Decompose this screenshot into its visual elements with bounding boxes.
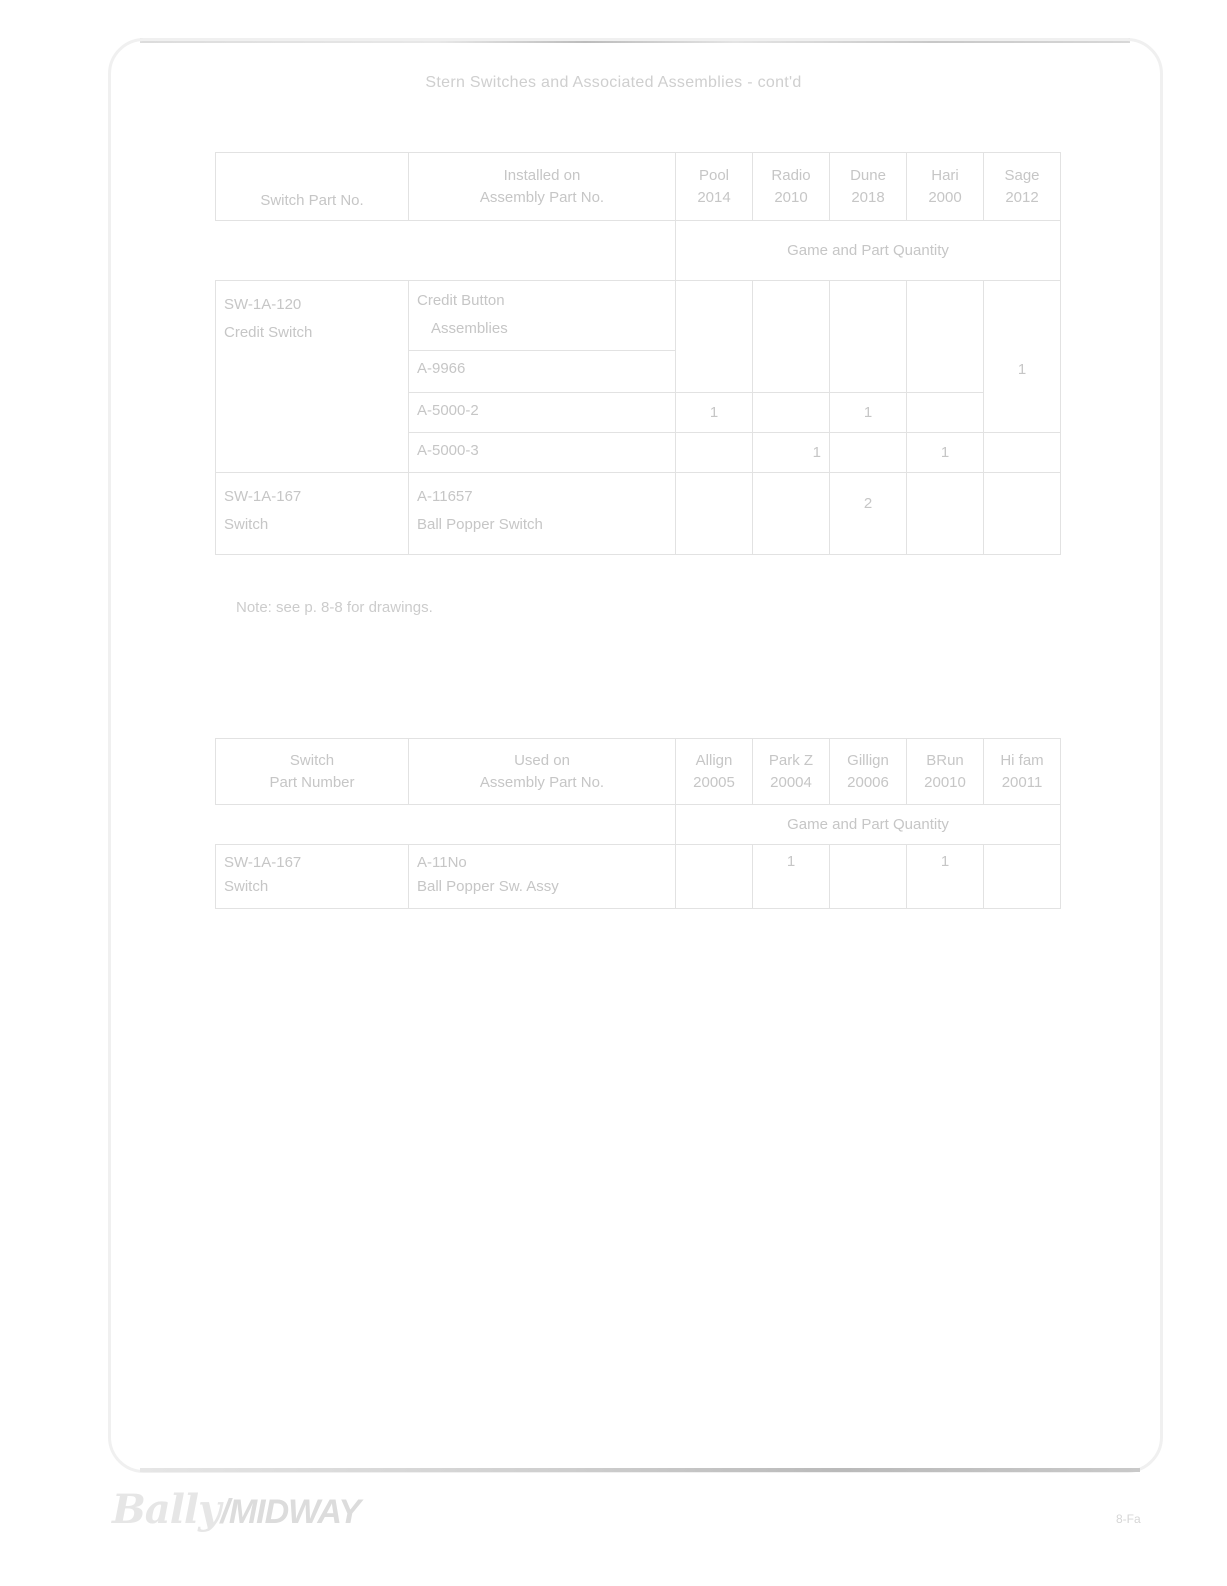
col-assembly-line1: Used on	[417, 750, 667, 772]
qty-cell	[907, 393, 984, 433]
qty-cell: 1	[907, 845, 984, 909]
assembly-cell: Credit Button Assemblies	[409, 281, 676, 351]
table-header-row: Switch Part No. Installed on Assembly Pa…	[216, 153, 1061, 221]
col-assembly-line2: Assembly Part No.	[417, 187, 667, 209]
table-header-row: Switch Part Number Used on Assembly Part…	[216, 739, 1061, 805]
qty-cell: 1	[753, 845, 830, 909]
col-game-4: Hari2000	[907, 153, 984, 221]
game-quantity-label: Game and Part Quantity	[676, 221, 1061, 281]
qty-cell: 2	[830, 473, 907, 555]
assembly-description: Ball Popper Switch	[417, 511, 667, 539]
game-name: Pool	[684, 165, 744, 187]
game-name: BRun	[915, 750, 975, 772]
assembly-cell: A-5000-2	[409, 393, 676, 433]
game-number: 2014	[684, 187, 744, 209]
col-game-2: Radio2010	[753, 153, 830, 221]
game-number: 20011	[992, 772, 1052, 794]
qty-cell	[830, 845, 907, 909]
qty-cell	[676, 433, 753, 473]
assembly-cell: A-11657 Ball Popper Switch	[409, 473, 676, 555]
qty-cell: 1	[907, 433, 984, 473]
logo-midway: MIDWAY	[229, 1493, 360, 1531]
qty-cell	[984, 845, 1061, 909]
page-border-bottom	[140, 1468, 1140, 1472]
switch-cell: SW-1A-167 Switch	[216, 845, 409, 909]
game-name: Radio	[761, 165, 821, 187]
qty-cell	[984, 433, 1061, 473]
col-switch-line1: Switch	[224, 750, 400, 772]
table-row: SW-1A-167 Switch A-11No Ball Popper Sw. …	[216, 845, 1061, 909]
game-name: Hi fam	[992, 750, 1052, 772]
page-number: 8-Fa	[1116, 1512, 1141, 1526]
spacer-cell	[216, 221, 676, 281]
spacer-cell	[216, 805, 676, 845]
col-game-4: BRun20010	[907, 739, 984, 805]
col-assembly: Installed on Assembly Part No.	[409, 153, 676, 221]
switch-usage-table: Switch Part Number Used on Assembly Part…	[215, 738, 1061, 909]
qty-cell: 1	[676, 393, 753, 433]
col-game-5: Hi fam20011	[984, 739, 1061, 805]
col-game-1: Pool2014	[676, 153, 753, 221]
assembly-part: Credit Button	[417, 287, 667, 315]
game-name: Hari	[915, 165, 975, 187]
assembly-cell: A-9966	[409, 351, 676, 393]
game-number: 20005	[684, 772, 744, 794]
switch-cell: SW-1A-167 Switch	[216, 473, 409, 555]
col-game-3: Dune2018	[830, 153, 907, 221]
qty-cell	[830, 281, 907, 393]
game-name: Park Z	[761, 750, 821, 772]
table-row: SW-1A-167 Switch A-11657 Ball Popper Swi…	[216, 473, 1061, 555]
qty-cell	[676, 473, 753, 555]
table-row: SW-1A-120 Credit Switch Credit Button As…	[216, 281, 1061, 351]
qty-cell	[907, 281, 984, 393]
qty-cell: 1	[753, 433, 830, 473]
qty-cell	[907, 473, 984, 555]
group-label-row: Game and Part Quantity	[216, 805, 1061, 845]
col-game-3: Gillign20006	[830, 739, 907, 805]
col-assembly-line2: Assembly Part No.	[417, 772, 667, 794]
assembly-description: Ball Popper Sw. Assy	[417, 875, 667, 899]
drawing-note: Note: see p. 8-8 for drawings.	[236, 599, 433, 616]
col-game-2: Park Z20004	[753, 739, 830, 805]
qty-cell: 1	[830, 393, 907, 433]
col-switch-part: Switch Part No.	[216, 153, 409, 221]
switch-cell: SW-1A-120 Credit Switch	[216, 281, 409, 473]
col-switch-line2: Part Number	[224, 772, 400, 794]
assembly-description: Assemblies	[417, 315, 667, 343]
assembly-cell: A-5000-3	[409, 433, 676, 473]
game-number: 2010	[761, 187, 821, 209]
qty-cell	[753, 393, 830, 433]
assembly-part: A-11No	[417, 851, 667, 875]
col-game-1: Allign20005	[676, 739, 753, 805]
col-assembly-line1: Installed on	[417, 165, 667, 187]
qty-cell	[753, 473, 830, 555]
game-name: Gillign	[838, 750, 898, 772]
switch-description: Switch	[224, 511, 400, 539]
qty-cell	[753, 281, 830, 393]
switch-assembly-table: Switch Part No. Installed on Assembly Pa…	[215, 152, 1061, 555]
game-quantity-label: Game and Part Quantity	[676, 805, 1061, 845]
switch-part-number: SW-1A-167	[224, 851, 400, 875]
bally-midway-logo: Bally/MIDWAY	[112, 1486, 360, 1533]
game-name: Allign	[684, 750, 744, 772]
switch-description: Switch	[224, 875, 400, 899]
game-number: 2018	[838, 187, 898, 209]
game-number: 2000	[915, 187, 975, 209]
group-label-row: Game and Part Quantity	[216, 221, 1061, 281]
qty-cell: 1	[984, 281, 1061, 433]
page-title: Stern Switches and Associated Assemblies…	[0, 74, 1227, 92]
assembly-cell: A-11No Ball Popper Sw. Assy	[409, 845, 676, 909]
game-number: 20004	[761, 772, 821, 794]
qty-cell	[676, 281, 753, 393]
game-name: Dune	[838, 165, 898, 187]
game-number: 2012	[992, 187, 1052, 209]
switch-part-number: SW-1A-167	[224, 483, 400, 511]
switch-part-number: SW-1A-120	[224, 291, 400, 319]
col-game-5: Sage2012	[984, 153, 1061, 221]
col-switch-part: Switch Part Number	[216, 739, 409, 805]
qty-cell	[830, 433, 907, 473]
game-name: Sage	[992, 165, 1052, 187]
assembly-part: A-11657	[417, 483, 667, 511]
qty-cell	[984, 473, 1061, 555]
logo-bally: Bally	[112, 1486, 220, 1533]
switch-description: Credit Switch	[224, 319, 400, 347]
game-number: 20006	[838, 772, 898, 794]
logo-separator: /	[220, 1493, 228, 1531]
game-number: 20010	[915, 772, 975, 794]
qty-cell	[676, 845, 753, 909]
col-assembly: Used on Assembly Part No.	[409, 739, 676, 805]
